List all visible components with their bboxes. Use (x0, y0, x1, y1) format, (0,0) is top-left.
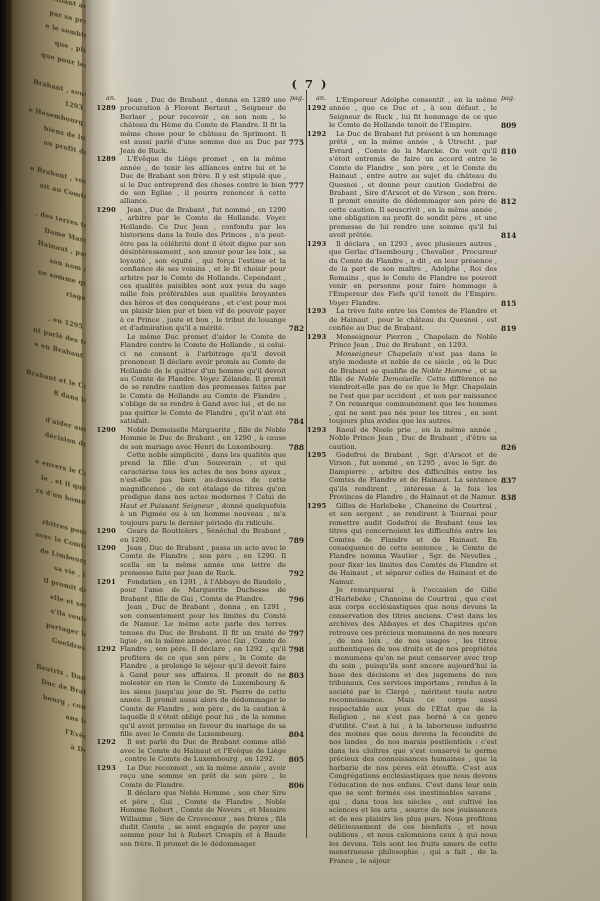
page-number-header: ( 7 ) (250, 77, 370, 91)
index-entry: Jean , Duc de Brabant , fut nommé , en 1… (120, 206, 286, 333)
margin-page-ref: 792 (287, 569, 304, 578)
pag-label: pag. (284, 94, 304, 102)
entry-text: Il est parlé du Duc de Brabant comme all… (120, 738, 286, 763)
margin-page-ref: 775 (287, 138, 304, 147)
margin-page-ref: 826 (501, 443, 525, 452)
margin-page-ref: 789 (287, 536, 304, 545)
index-entry: Le même Duc promet d'aider le Comte de F… (120, 333, 286, 426)
index-entry: Fondation , en 1291 , à l'Abbaye de Baud… (120, 578, 286, 603)
facing-page-edge: il la Monl'empereuralvillant aupar sa pr… (8, 0, 86, 901)
margin-page-ref: 806 (287, 781, 304, 790)
index-entry: Il est parlé du Duc de Brabant comme all… (120, 738, 286, 763)
margin-page-ref: 809 (501, 121, 525, 130)
margin-year: 1290 (86, 544, 116, 552)
column-divider (306, 90, 307, 838)
margin-page-ref: 805 (287, 755, 304, 764)
margin-year: 1290 (86, 527, 116, 535)
entry-text: Fondation , en 1291 , à l'Abbaye de Baud… (120, 578, 286, 603)
entry-text: Jean , Duc de Brabant , passa un acte av… (120, 544, 286, 578)
margin-page-ref: 782 (287, 324, 304, 333)
index-entry: Jean , Duc de Brabant , donna en 1289 un… (120, 96, 286, 155)
entry-text: Monseigneur Chapelain n'est pas dans le … (329, 350, 497, 426)
index-entry: L'Empereur Adolphe consentit , en la mêm… (329, 96, 497, 130)
margin-page-ref: 837 (501, 476, 525, 485)
index-entry: Monseigneur Pierron , Chapelain de Noble… (329, 333, 497, 350)
margin-page-ref: 810 (501, 147, 525, 156)
margin-year: 1289 (86, 155, 116, 163)
pag-label: pag. (501, 94, 525, 102)
margin-year: 1291 (86, 578, 116, 586)
entry-text: Il déclare que Noble Homme , son cher Si… (120, 789, 286, 848)
index-column-right: an. pag. L'Empereur Adolphe consentit , … (329, 96, 497, 865)
entry-text: Jean , Duc de Brabant , donna , en 1291 … (120, 603, 286, 738)
entry-text: Le Duc de Brabant fut présent à un homma… (329, 130, 497, 240)
margin-year: 1293 (86, 764, 116, 772)
entry-text: L'Evêque de Liège promet , en la même an… (120, 155, 286, 206)
margin-page-ref: 796 (287, 595, 304, 604)
book-photo: il la Monl'empereuralvillant aupar sa pr… (0, 0, 600, 901)
an-label: an. (307, 94, 326, 102)
entry-text: Gilles de Harlebeke , Chanoine de Courtr… (329, 502, 497, 587)
margin-page-ref: 804 (287, 730, 304, 739)
entry-text: L'Empereur Adolphe consentit , en la mêm… (329, 96, 497, 130)
margin-page-ref: 788 (287, 443, 304, 452)
index-entry: Il déclare que Noble Homme , son cher Si… (120, 789, 286, 848)
margin-page-ref: 798 (287, 645, 304, 654)
margin-year: 1295 (307, 502, 326, 510)
col-entries: Jean , Duc de Brabant , donna en 1289 un… (120, 96, 286, 848)
index-entry: Cette noble simplicité , dans les qualit… (120, 451, 286, 527)
entry-text: Jean , Duc de Brabant , fut nommé , en 1… (120, 206, 286, 333)
margin-year: 1295 (307, 451, 326, 459)
index-entry: Gilles de Harlebeke , Chanoine de Courtr… (329, 502, 497, 587)
index-entry: Je remarquerai , à l'occasion de Gille d… (329, 586, 497, 865)
index-entry: Gears de Routtelers , Sénéchal du Braban… (120, 527, 286, 544)
margin-year: 1289 (86, 104, 116, 112)
entry-text: La trève faite entre les Comtes de Fland… (329, 307, 497, 332)
index-entry: L'Evêque de Liège promet , en la même an… (120, 155, 286, 206)
entry-text: Gears de Routtelers , Sénéchal du Braban… (120, 527, 286, 544)
margin-year: 1292 (86, 645, 116, 653)
margin-page-ref: 797 (287, 629, 304, 638)
an-label: an. (86, 94, 116, 102)
entry-text: Le même Duc promet d'aider le Comte de F… (120, 333, 286, 426)
margin-year: 1292 (307, 130, 326, 138)
margin-page-ref: 815 (501, 299, 525, 308)
margin-page-ref: 814 (501, 231, 525, 240)
entry-text: Godefroi de Brabant , Sgr. d'Arscot et d… (329, 451, 497, 502)
index-entry: Raoul de Neele prie , en la même année ,… (329, 426, 497, 451)
col-entries: L'Empereur Adolphe consentit , en la mêm… (329, 96, 497, 865)
entry-text: Je remarquerai , à l'occasion de Gille d… (329, 586, 497, 865)
entry-text: Le Duc reconnoit , en la même année , av… (120, 764, 286, 789)
margin-page-ref: 838 (501, 493, 525, 502)
margin-page-ref: 812 (501, 197, 525, 206)
margin-page-ref: 777 (287, 181, 304, 190)
book-spine-shadow (0, 0, 12, 901)
margin-year: 1293 (307, 307, 326, 315)
index-entry: Le Duc de Brabant fut présent à un homma… (329, 130, 497, 240)
index-column-left: an. pag. Jean , Duc de Brabant , donna e… (120, 96, 286, 848)
margin-page-ref: 803 (287, 671, 304, 680)
entry-text: Jean , Duc de Brabant , donna en 1289 un… (120, 96, 286, 155)
entry-text: Noble Demoiselle Marguerite , fille de N… (120, 426, 286, 451)
index-entry: Godefroi de Brabant , Sgr. d'Arscot et d… (329, 451, 497, 502)
entry-text: Monseigneur Pierron , Chapelain de Noble… (329, 333, 497, 350)
entry-text: Raoul de Neele prie , en la même année ,… (329, 426, 497, 451)
index-entry: Jean , Duc de Brabant , passa un acte av… (120, 544, 286, 578)
index-entry: Monseigneur Chapelain n'est pas dans le … (329, 350, 497, 426)
index-entry: Le Duc reconnoit , en la même année , av… (120, 764, 286, 789)
margin-year: 1290 (86, 206, 116, 214)
margin-year: 1290 (86, 426, 116, 434)
facing-page-text: il la Monl'empereuralvillant aupar sa pr… (8, 0, 86, 759)
entry-text: Cette noble simplicité , dans les qualit… (120, 451, 286, 527)
margin-year: 1293 (307, 333, 326, 341)
margin-year: 1293 (307, 426, 326, 434)
entry-text: Il déclara , en 1293 , avec plusieurs au… (329, 240, 497, 308)
index-entry: Noble Demoiselle Marguerite , fille de N… (120, 426, 286, 451)
margin-year: 1292 (86, 738, 116, 746)
margin-page-ref: 784 (287, 417, 304, 426)
index-entry: La trève faite entre les Comtes de Fland… (329, 307, 497, 332)
margin-page-ref: 819 (501, 324, 525, 333)
margin-year: 1292 (307, 104, 326, 112)
index-entry: Il déclara , en 1293 , avec plusieurs au… (329, 240, 497, 308)
index-entry: Jean , Duc de Brabant , donna , en 1291 … (120, 603, 286, 738)
margin-year: 1293 (307, 240, 326, 248)
